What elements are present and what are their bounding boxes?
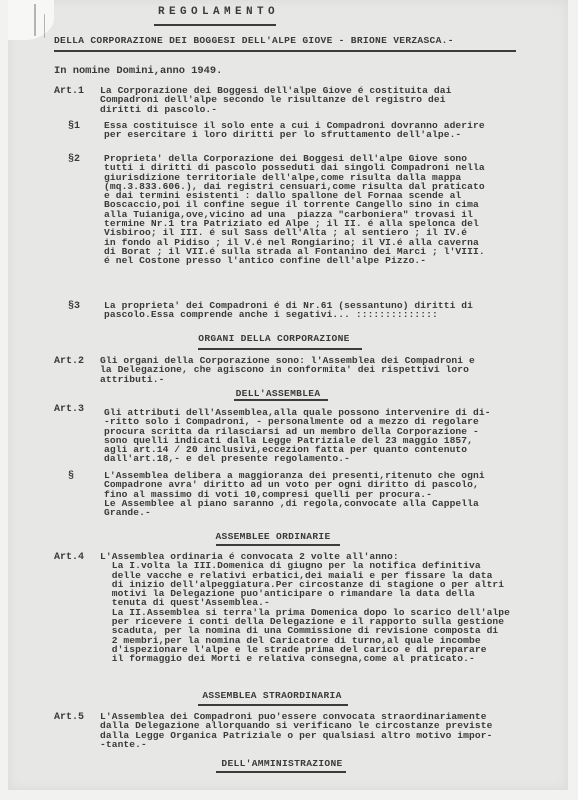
- paragraph-text: L'Assemblea delibera a maggioranza dei p…: [104, 471, 485, 517]
- margin-mark: [34, 4, 36, 36]
- article-label: Art.5: [54, 712, 84, 723]
- paragraph-text: Proprieta' della Corporazione dei Bogges…: [104, 154, 485, 266]
- heading-underline: [216, 771, 346, 773]
- heading-underline: [198, 348, 362, 350]
- document-page: REGOLAMENTO DELLA CORPORAZIONE DEI BOGGE…: [8, 0, 568, 790]
- article-text: L'Assemblea ordinaria é convocata 2 volt…: [100, 552, 510, 664]
- paragraph-label: §: [68, 471, 74, 482]
- paragraph-label: §1: [68, 121, 80, 132]
- section-heading: ASSEMBLEE ORDINARIE: [208, 531, 338, 542]
- heading-underline: [198, 704, 348, 706]
- article-label: Art.2: [54, 356, 84, 367]
- article-text: Gli attributi dell'Assemblea,alla quale …: [104, 408, 491, 464]
- document-subtitle: DELLA CORPORAZIONE DEI BOGGESI DELL'ALPE…: [54, 35, 454, 46]
- heading-underline: [234, 399, 328, 401]
- section-heading: DELL'ASSEMBLEA: [228, 388, 328, 399]
- article-label: Art.1: [54, 86, 84, 97]
- paragraph-text: Essa costituisce il solo ente a cui i Co…: [104, 121, 485, 140]
- article-label: Art.4: [54, 552, 84, 563]
- title-underline: [154, 24, 276, 26]
- date-line: In nomine Domini,anno 1949.: [54, 65, 222, 77]
- article-text: Gli organi della Corporazione sono: l'As…: [100, 356, 475, 384]
- section-heading: ORGANI DELLA CORPORAZIONE: [184, 333, 364, 344]
- torn-corner: [8, 0, 54, 40]
- paragraph-text: La proprieta' dei Compadroni é di Nr.61 …: [104, 301, 473, 320]
- article-text: La Corporazione dei Boggesi dell'alpe Gi…: [100, 86, 451, 114]
- article-label: Art.3: [54, 404, 84, 415]
- paragraph-label: §2: [68, 154, 80, 165]
- section-heading: ASSEMBLEA STRAORDINARIA: [192, 690, 352, 701]
- paragraph-label: §3: [68, 301, 80, 312]
- heading-underline: [216, 544, 340, 546]
- section-heading: DELL'AMMINISTRAZIONE: [214, 758, 350, 769]
- article-text: L'Assemblea dei Compadroni puo'essere co…: [100, 712, 492, 749]
- subtitle-rule: [54, 50, 516, 52]
- document-title: REGOLAMENTO: [158, 6, 279, 18]
- margin-mark: [44, 14, 45, 38]
